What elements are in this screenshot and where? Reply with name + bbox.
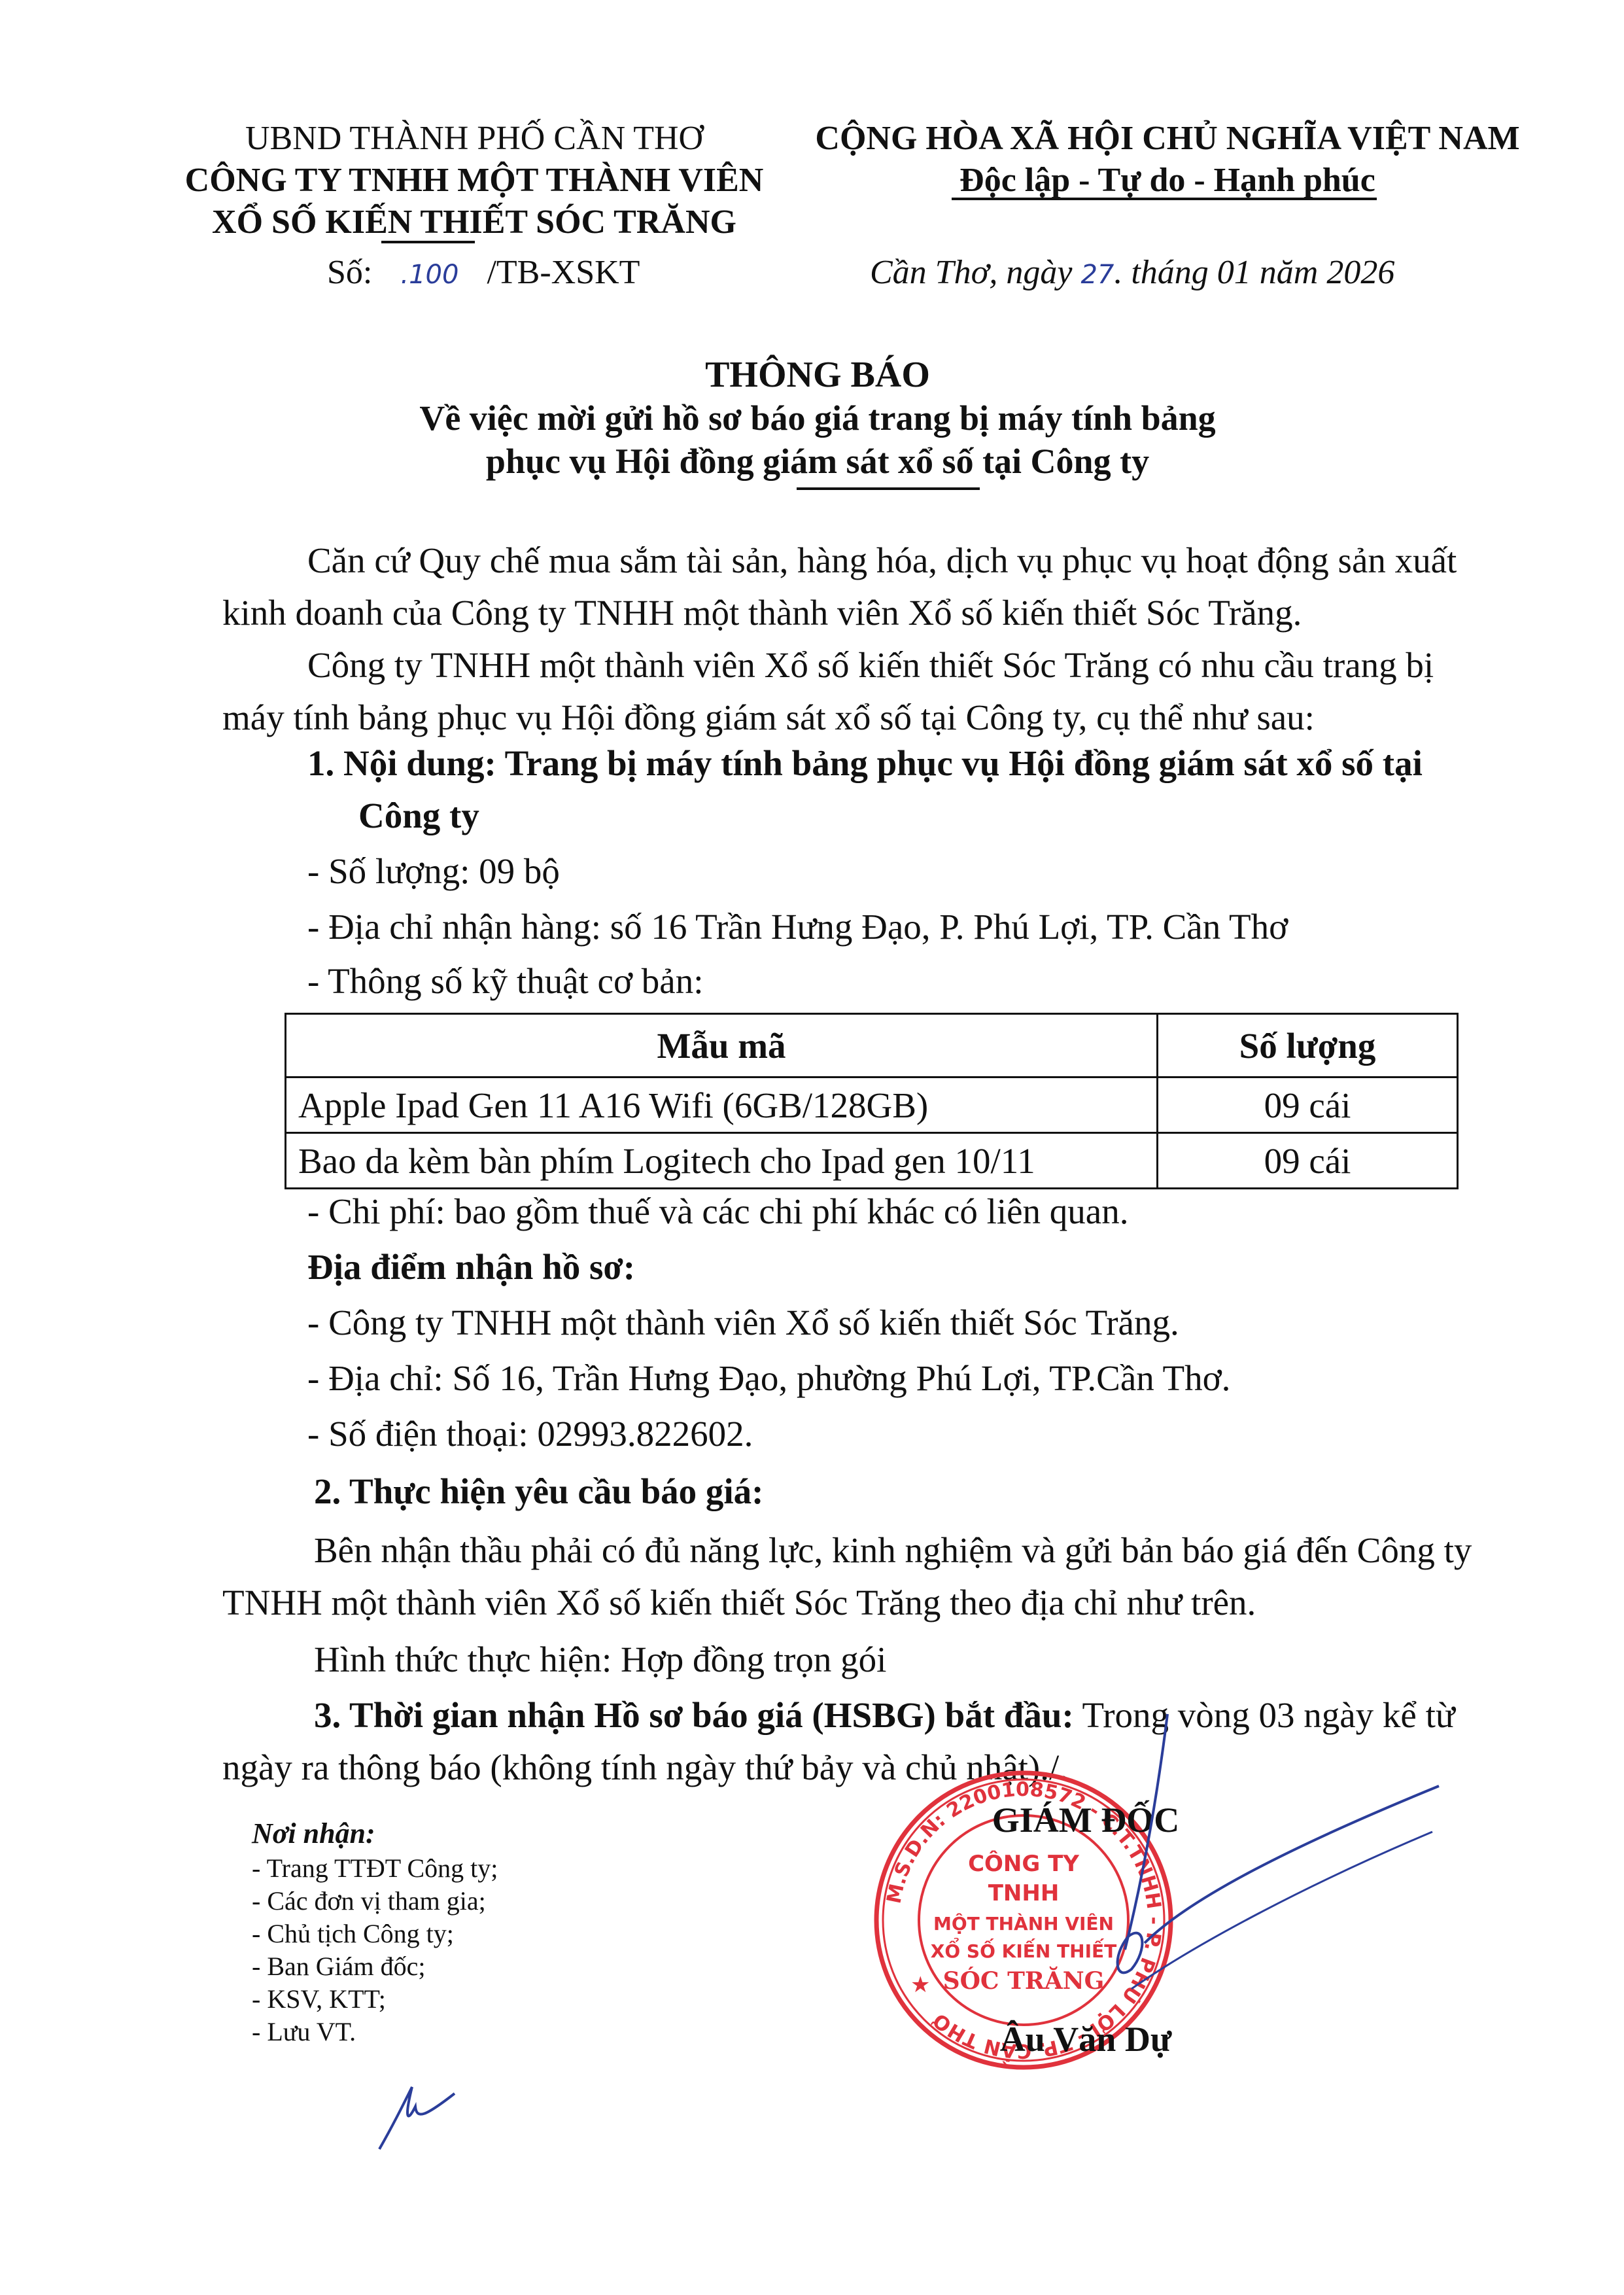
recipient-item: - Chủ tịch Công ty; [252,1918,498,1950]
issuer-block: UBND THÀNH PHỐ CẦN THƠ CÔNG TY TNHH MỘT … [164,118,785,243]
nation-name: CỘNG HÒA XÃ HỘI CHỦ NGHĨA VIỆT NAM [801,118,1534,160]
section3-heading: 3. Thời gian nhận Hồ sơ báo giá (HSBG) b… [314,1695,1074,1735]
doc-number-handwritten: .100 [400,260,458,290]
notice-title: THÔNG BÁO [164,353,1472,396]
doc-number-suffix: /TB-XSKT [487,254,640,291]
recipient-item: - Ban Giám đốc; [252,1950,498,1983]
header-model: Mẫu mã [286,1014,1158,1077]
spec-table: Mẫu mã Số lượng Apple Ipad Gen 11 A16 Wi… [285,1013,1459,1189]
document-number: Số: .100 /TB-XSKT [327,252,640,296]
intro-paragraph-2: Công ty TNHH một thành viên Xổ số kiến t… [222,644,1434,739]
cell-quantity: 09 cái [1158,1077,1458,1133]
recipient-item: - Lưu VT. [252,2016,498,2048]
date-prefix: Cần Thơ, ngày [870,254,1072,291]
date-day-handwritten: 27 [1080,260,1114,290]
recipients-heading: Nơi nhận: [252,1815,498,1852]
section2-paragraph: Bên nhận thầu phải có đủ năng lực, kinh … [222,1530,1472,1624]
cell-model: Apple Ipad Gen 11 A16 Wifi (6GB/128GB) [286,1077,1158,1133]
cost-line: - Chi phí: bao gồm thuế và các chi phí k… [307,1191,1128,1233]
location-company: - Công ty TNHH một thành viên Xổ số kiến… [307,1302,1179,1344]
location-address: - Địa chỉ: Số 16, Trần Hưng Đạo, phường … [307,1358,1230,1399]
location-phone: - Số điện thoại: 02993.822602. [307,1413,753,1455]
seal-star-icon: ★ [910,1972,930,1998]
initials-signature-icon [376,2080,468,2152]
notice-subtitle-line2: phục vụ Hội đồng giám sát xổ số tại Công… [164,440,1472,483]
date-suffix: . tháng 01 năm 2026 [1114,254,1394,291]
nation-block: CỘNG HÒA XÃ HỘI CHỦ NGHĨA VIỆT NAM Độc l… [801,118,1534,201]
header-quantity: Số lượng [1158,1014,1458,1077]
director-signature-icon [981,1675,1452,2041]
table-row: Apple Ipad Gen 11 A16 Wifi (6GB/128GB) 0… [286,1077,1458,1133]
recipients-block: Nơi nhận: - Trang TTĐT Công ty; - Các đơ… [252,1815,498,2048]
issuer-underline [381,241,475,243]
notice-title-block: THÔNG BÁO Về việc mời gửi hồ sơ báo giá … [164,353,1472,483]
cell-quantity: 09 cái [1158,1133,1458,1189]
table-header-row: Mẫu mã Số lượng [286,1014,1458,1077]
company-name-line2: XỔ SỐ KIẾN THIẾT SÓC TRĂNG [164,201,785,243]
recipient-item: - Các đơn vị tham gia; [252,1885,498,1918]
signatory-name: Âu Văn Dự [935,2018,1236,2060]
cell-model: Bao da kèm bàn phím Logitech cho Ipad ge… [286,1133,1158,1189]
title-underline [797,487,980,490]
section1-heading: 1. Nội dung: Trang bị máy tính bảng phục… [307,743,1423,837]
contract-form: Hình thức thực hiện: Hợp đồng trọn gói [314,1639,886,1681]
authority-name: UBND THÀNH PHỐ CẦN THƠ [164,118,785,160]
company-name-line1: CÔNG TY TNHH MỘT THÀNH VIÊN [164,160,785,201]
section2-heading: 2. Thực hiện yêu cầu báo giá: [314,1471,764,1513]
recipient-item: - Trang TTĐT Công ty; [252,1852,498,1885]
delivery-address-line: - Địa chỉ nhận hàng: số 16 Trần Hưng Đạo… [307,906,1288,948]
location-heading: Địa điểm nhận hồ sơ: [307,1246,635,1288]
doc-number-prefix: Số: [327,254,372,291]
recipient-item: - KSV, KTT; [252,1983,498,2016]
intro-paragraph-1: Căn cứ Quy chế mua sắm tài sản, hàng hóa… [222,540,1457,634]
issue-date: Cần Thơ, ngày 27. tháng 01 năm 2026 [870,252,1394,296]
quantity-line: - Số lượng: 09 bộ [307,850,560,892]
notice-subtitle-line1: Về việc mời gửi hồ sơ báo giá trang bị m… [164,396,1472,440]
motto-underline [952,198,1377,200]
table-row: Bao da kèm bàn phím Logitech cho Ipad ge… [286,1133,1458,1189]
national-motto: Độc lập - Tự do - Hạnh phúc [801,160,1534,201]
specs-label: - Thông số kỹ thuật cơ bản: [307,960,703,1002]
